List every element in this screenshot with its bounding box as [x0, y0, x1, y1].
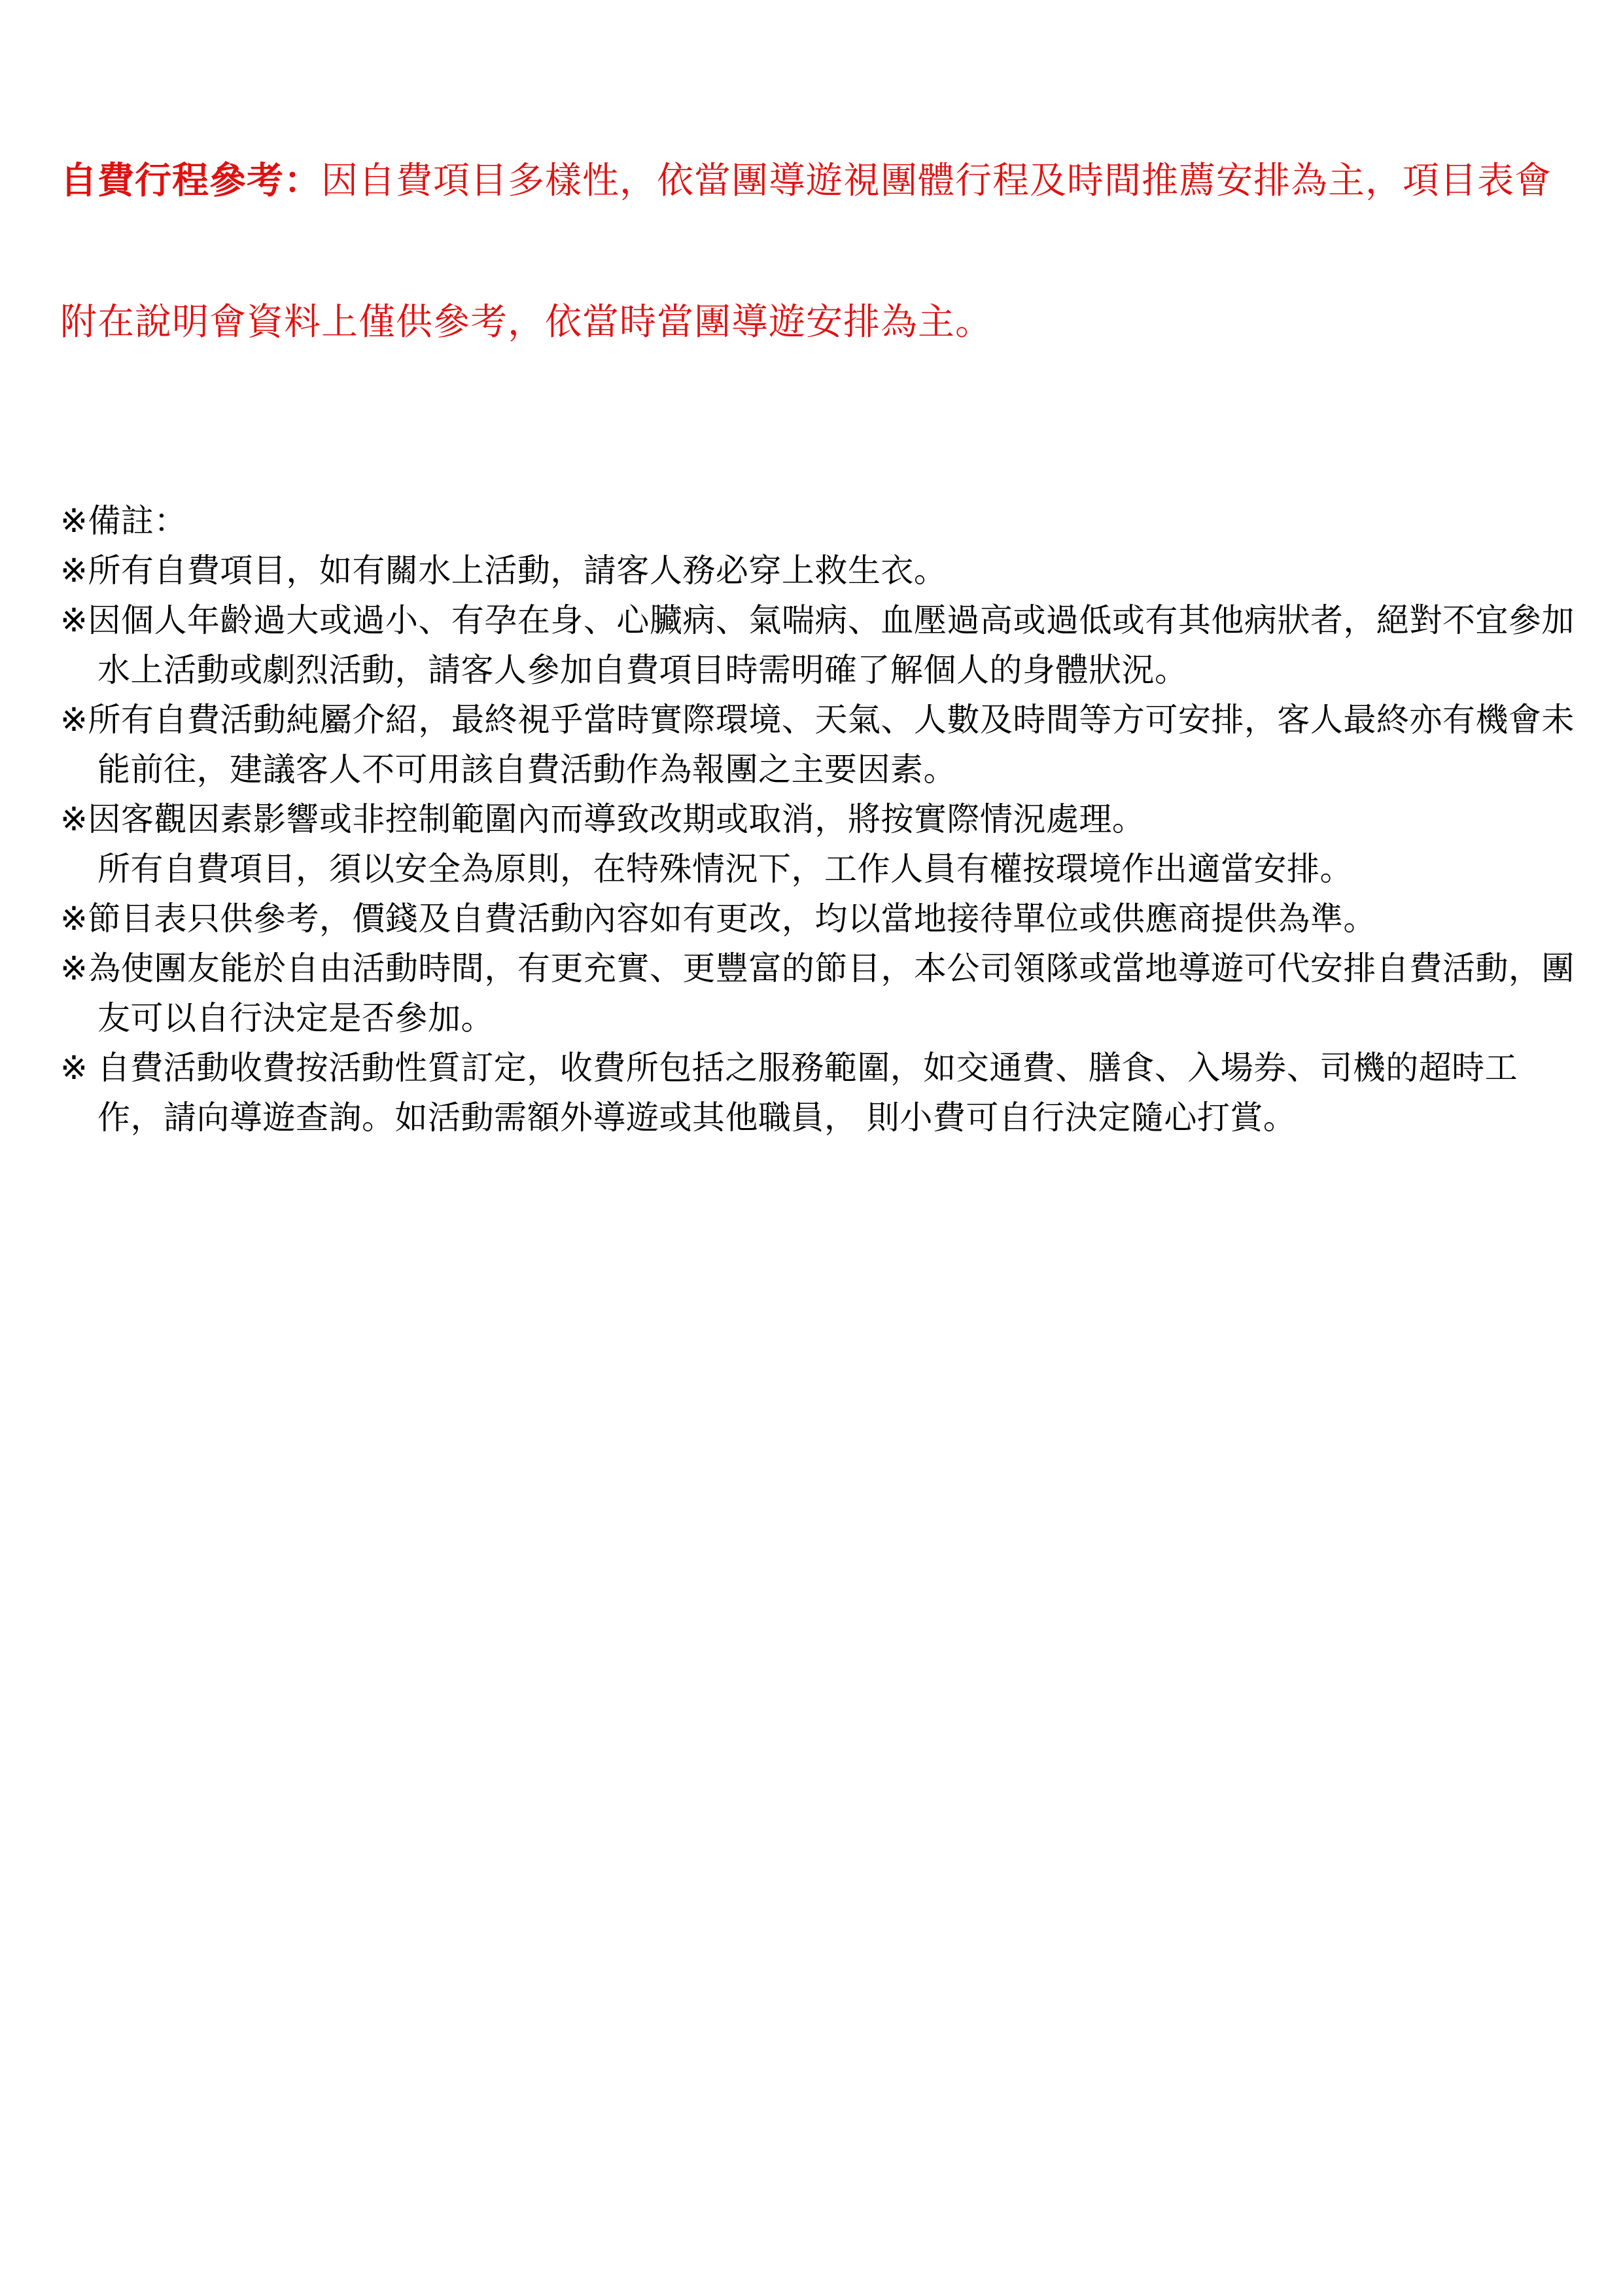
document-page: 自費行程參考：因自費項目多樣性，依當團導遊視團體行程及時間推薦安排為主，項目表會…: [0, 0, 1623, 2296]
remark-line-continuation: 能前往，建議客人不可用該自費活動作為報團之主要因素。: [60, 745, 1584, 794]
remark-line-continuation: 作，請向導遊查詢。如活動需額外導遊或其他職員， 則小費可自行決定隨心打賞。: [60, 1093, 1584, 1142]
remark-line: ※為使團友能於自由活動時間，有更充實、更豐富的節目，本公司領隊或當地導遊可代安排…: [60, 944, 1584, 993]
remark-line: ※所有自費項目，如有關水上活動，請客人務必穿上救生衣。: [60, 546, 1584, 595]
remarks-section: ※備註： ※所有自費項目，如有關水上活動，請客人務必穿上救生衣。 ※因個人年齡過…: [60, 496, 1584, 1142]
remark-title: ※備註：: [60, 496, 1584, 546]
self-paid-itinerary-notice: 自費行程參考：因自費項目多樣性，依當團導遊視團體行程及時間推薦安排為主，項目表會…: [60, 63, 1584, 440]
notice-label: 自費行程參考：: [60, 160, 321, 201]
notice-line-1: 自費行程參考：因自費項目多樣性，依當團導遊視團體行程及時間推薦安排為主，項目表會: [60, 157, 1584, 204]
notice-line-2: 附在說明會資料上僅供參考，依當時當團導遊安排為主。: [60, 298, 1584, 345]
notice-text-line1: 因自費項目多樣性，依當團導遊視團體行程及時間推薦安排為主，項目表會: [321, 160, 1552, 201]
remark-line-continuation: 所有自費項目，須以安全為原則，在特殊情況下，工作人員有權按環境作出適當安排。: [60, 844, 1584, 894]
remark-line-continuation: 友可以自行決定是否參加。: [60, 993, 1584, 1043]
remark-line: ※所有自費活動純屬介紹，最終視乎當時實際環境、天氣、人數及時間等方可安排，客人最…: [60, 695, 1584, 745]
remark-line: ※ 自費活動收費按活動性質訂定，收費所包括之服務範圍，如交通費、膳食、入場券、司…: [60, 1043, 1584, 1093]
remark-line: ※節目表只供參考，價錢及自費活動內容如有更改，均以當地接待單位或供應商提供為準。: [60, 894, 1584, 944]
remark-line: ※因客觀因素影響或非控制範圍內而導致改期或取消，將按實際情況處理。: [60, 794, 1584, 844]
remark-line-continuation: 水上活動或劇烈活動，請客人參加自費項目時需明確了解個人的身體狀況。: [60, 645, 1584, 695]
remark-line: ※因個人年齡過大或過小、有孕在身、心臟病、氣喘病、血壓過高或過低或有其他病狀者，…: [60, 595, 1584, 645]
